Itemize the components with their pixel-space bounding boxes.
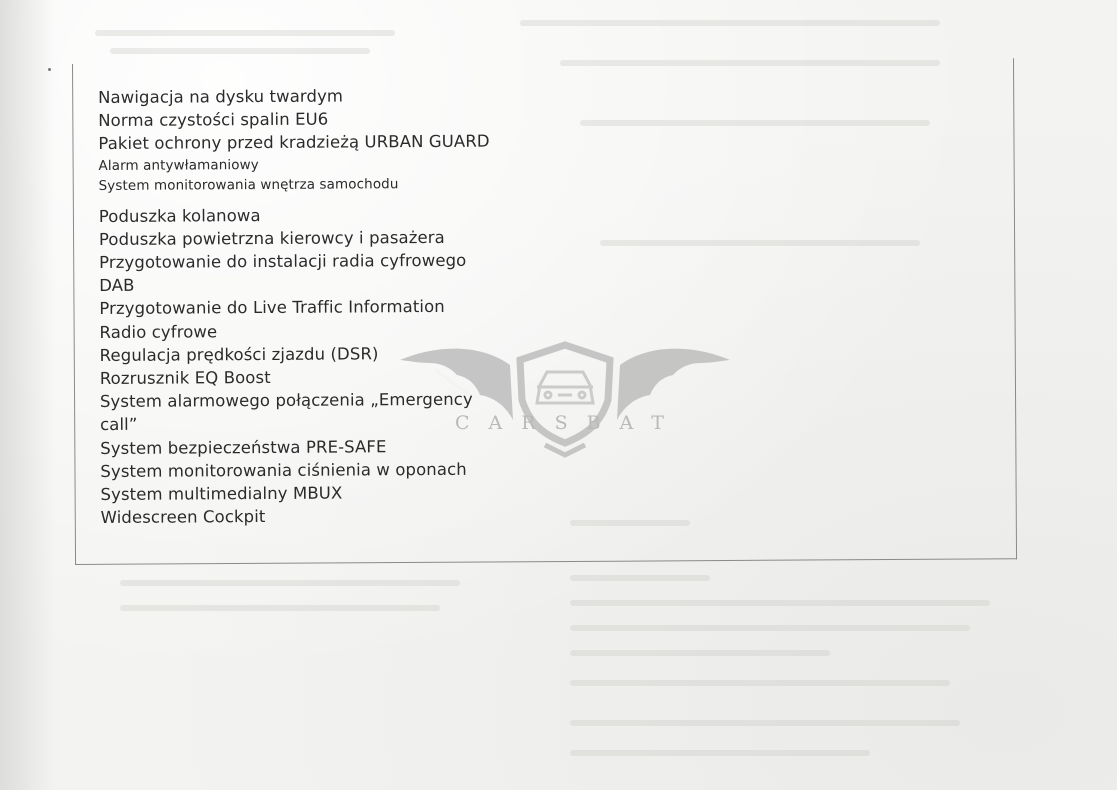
bleed-through-line <box>95 30 395 36</box>
equipment-item: Alarm antywłamaniowy <box>98 153 489 175</box>
watermark-brand-text: CARSBAT <box>455 412 683 434</box>
carsbat-logo-icon <box>395 325 735 460</box>
bleed-through-line <box>110 48 370 54</box>
scan-speck <box>48 68 51 71</box>
bleed-through-line <box>570 625 970 631</box>
bleed-through-line <box>570 750 870 756</box>
bleed-through-line <box>120 580 460 586</box>
scanned-page: Nawigacja na dysku twardymNorma czystośc… <box>0 0 1117 790</box>
equipment-item: Nawigacja na dysku twardym <box>98 84 489 110</box>
equipment-item: Poduszka powietrzna kierowcy i pasażera <box>99 225 490 251</box>
bleed-through-line <box>120 605 440 611</box>
equipment-item: Norma czystości spalin EU6 <box>98 107 489 133</box>
equipment-item: System monitorowania ciśnienia w oponach <box>100 457 491 483</box>
equipment-item: Przygotowanie do Live Traffic Informatio… <box>99 295 490 321</box>
page-edge-shadow <box>0 0 55 790</box>
bleed-through-line <box>520 20 940 26</box>
equipment-list: Nawigacja na dysku twardymNorma czystośc… <box>98 84 492 530</box>
equipment-item: Poduszka kolanowa <box>99 202 490 228</box>
bleed-through-line <box>570 650 830 656</box>
bleed-through-line <box>570 575 710 581</box>
equipment-item: Widescreen Cockpit <box>101 504 492 530</box>
equipment-item: Pakiet ochrony przed kradzieżą URBAN GUA… <box>98 130 489 156</box>
bleed-through-line <box>570 720 960 726</box>
equipment-item: System monitorowania wnętrza samochodu <box>99 173 490 195</box>
bleed-through-line <box>570 680 950 686</box>
bleed-through-line <box>570 600 990 606</box>
equipment-item: DAB <box>99 272 490 298</box>
equipment-item: System multimedialny MBUX <box>100 481 491 507</box>
equipment-item: Przygotowanie do instalacji radia cyfrow… <box>99 249 490 275</box>
